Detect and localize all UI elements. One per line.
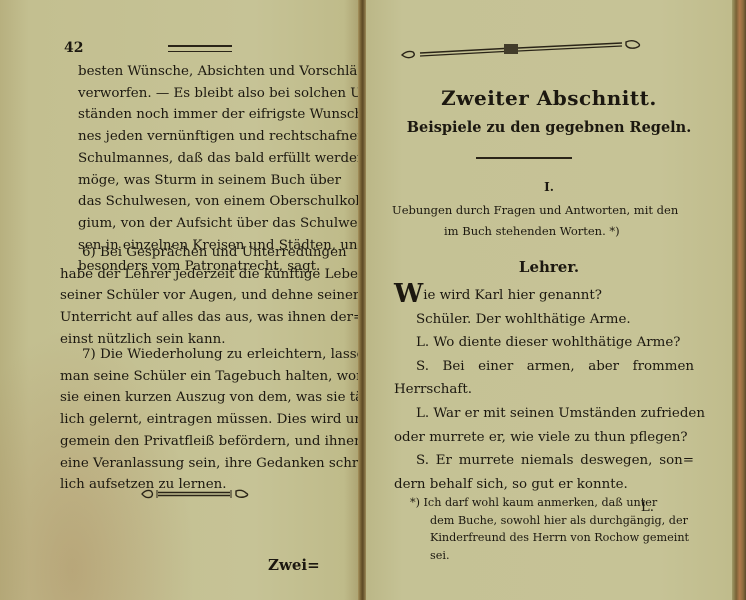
subsection-number: I. [366,180,732,194]
text-line: seiner Schüler vor Augen, und dehne sein… [60,285,340,307]
catchword: Zwei= [268,556,320,574]
footnote-line: *) Ich darf wohl kaum anmerken, daß unte… [410,494,689,512]
text-line: nes jeden vernünftigen und rechtschafnen [78,126,340,148]
text-line: gium, von der Aufsicht über das Schulwe= [78,213,340,235]
text-line: Schulmannes, daß das bald erfüllt werden [78,148,340,170]
text-line: habe der Lehrer jederzeit die künftige L… [60,264,340,286]
text-line: ständen noch immer der eifrigste Wunsch … [78,104,340,126]
dialogue-line: L. Wo diente dieser wohlthätige Arme? [394,331,694,355]
text-line: sie einen kurzen Auszug von dem, was sie… [60,387,340,409]
text-line: das Schulwesen, von einem Oberschulkolle… [78,191,340,213]
text-line: Uebungen durch Fragen und Antworten, mit… [392,200,692,221]
drop-cap: W [394,279,423,309]
text-line: möge, was Sturm in seinem Buch über [78,170,340,192]
dialogue-first-line: Wie wird Karl hier genannt? [394,284,694,308]
dialogue-line: S. Bei einer armen, aber frommen [394,355,694,379]
end-ornament-icon [140,487,252,501]
text-line: lich gelernt, eintragen müssen. Dies wir… [60,409,340,431]
text-line: ie wird Karl hier genannt? [423,288,602,303]
subsection-title: Uebungen durch Fragen und Antworten, mit… [392,200,692,242]
speaker-heading: Lehrer. [366,258,732,276]
footnote: *) Ich darf wohl kaum anmerken, daß unte… [410,494,689,564]
footnote-line: sei. [410,547,689,565]
book-spread: 42 besten Wünsche, Absichten und Vorschl… [0,0,746,600]
section-heading: Zweiter Abschnitt. [366,86,732,110]
dialogue-line: oder murrete er, wie viele zu thun pfleg… [394,426,694,450]
text-line: 6) Bei Gesprächen und Unterredungen [60,242,340,264]
text-line: verworfen. — Es bleibt also bei solchen … [78,83,340,105]
section-subheading: Beispiele zu den gegebnen Regeln. [366,119,732,136]
dialogue-line: Herrschaft. [394,378,694,402]
text-line: man seine Schüler ein Tagebuch halten, w… [60,366,340,388]
header-ornament-icon [400,38,642,62]
paragraph-6: 6) Bei Gesprächen und Unterredungen habe… [60,242,340,351]
short-divider-rule [476,157,572,159]
header-rule-ornament [168,45,232,52]
text-line: im Buch stehenden Worten. *) [392,221,692,242]
dialogue-line: S. Er murrete niemals deswegen, son= [394,449,694,473]
footnote-line: dem Buche, sowohl hier als durchgängig, … [410,512,689,530]
text-line: 7) Die Wiederholung zu erleichtern, lass… [60,344,340,366]
dialogue-line: dern behalf sich, so gut er konnte. [394,473,694,497]
dialogue: Wie wird Karl hier genannt? Schüler. Der… [394,284,694,520]
text-line: besten Wünsche, Absichten und Vorschläge [78,61,340,83]
dialogue-line: Schüler. Der wohlthätige Arme. [394,308,694,332]
text-line: eine Veranlassung sein, ihre Gedanken sc… [60,453,340,475]
text-line: gemein den Privatfleiß befördern, und ih… [60,431,340,453]
text-line: Unterricht auf alles das aus, was ihnen … [60,307,340,329]
book-spine [358,0,366,600]
right-page-edge [732,0,746,600]
footnote-line: Kinderfreund des Herrn von Rochow gemein… [410,529,689,547]
dialogue-line: L. War er mit seinen Umständen zufrieden [394,402,694,426]
page-number: 42 [64,40,83,56]
left-page: 42 besten Wünsche, Absichten und Vorschl… [0,0,362,600]
paragraph-7: 7) Die Wiederholung zu erleichtern, lass… [60,344,340,496]
